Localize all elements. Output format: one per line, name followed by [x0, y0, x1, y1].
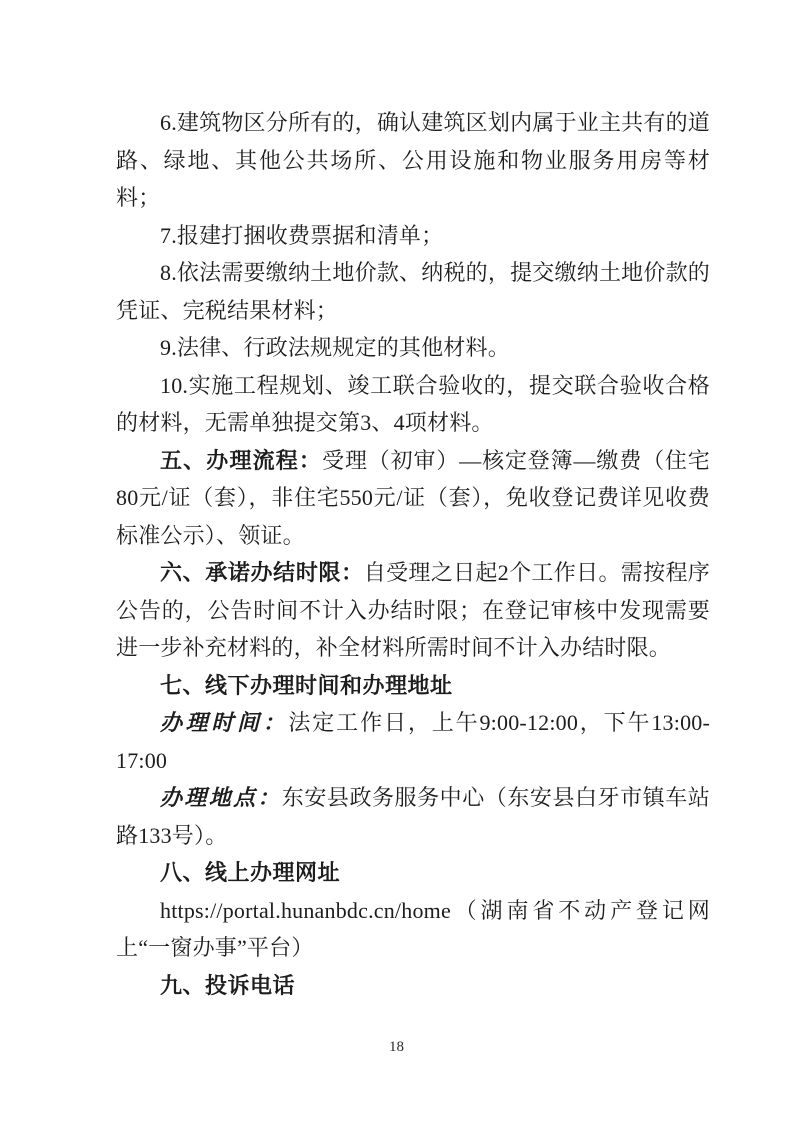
- section-time-limit-label: 六、承诺办结时限：: [160, 560, 364, 585]
- section-heading-complaint: 九、投诉电话: [116, 967, 710, 1005]
- material-item-7: 7.报建打捆收费票据和清单；: [116, 217, 710, 255]
- document-content: 6.建筑物区分所有的，确认建筑区划内属于业主共有的道路、绿地、其他公共场所、公用…: [116, 104, 710, 1004]
- online-portal-url: https://portal.hunanbdc.cn/home（湖南省不动产登记…: [116, 892, 710, 967]
- section-heading-online: 八、线上办理网址: [116, 854, 710, 892]
- material-item-6: 6.建筑物区分所有的，确认建筑区划内属于业主共有的道路、绿地、其他公共场所、公用…: [116, 104, 710, 217]
- material-item-10: 10.实施工程规划、竣工联合验收的，提交联合验收合格的材料，无需单独提交第3、4…: [116, 367, 710, 442]
- section-process: 五、办理流程：受理（初审）—核定登簿—缴费（住宅80元/证（套），非住宅550元…: [116, 442, 710, 555]
- office-address: 办理地点：东安县政务服务中心（东安县白牙市镇车站路133号）。: [116, 779, 710, 854]
- section-time-limit: 六、承诺办结时限：自受理之日起2个工作日。需按程序公告的，公告时间不计入办结时限…: [116, 554, 710, 667]
- material-item-8: 8.依法需要缴纳土地价款、纳税的，提交缴纳土地价款的凭证、完税结果材料；: [116, 254, 710, 329]
- office-hours-label: 办理时间：: [160, 710, 288, 735]
- section-process-label: 五、办理流程：: [160, 448, 322, 473]
- office-address-label: 办理地点：: [160, 785, 282, 810]
- document-page: 6.建筑物区分所有的，确认建筑区划内属于业主共有的道路、绿地、其他公共场所、公用…: [0, 0, 793, 1122]
- material-item-9: 9.法律、行政法规规定的其他材料。: [116, 329, 710, 367]
- page-number: 18: [0, 1036, 793, 1058]
- office-hours: 办理时间：法定工作日，上午9:00-12:00，下午13:00-17:00: [116, 704, 710, 779]
- section-heading-offline: 七、线下办理时间和办理地址: [116, 667, 710, 705]
